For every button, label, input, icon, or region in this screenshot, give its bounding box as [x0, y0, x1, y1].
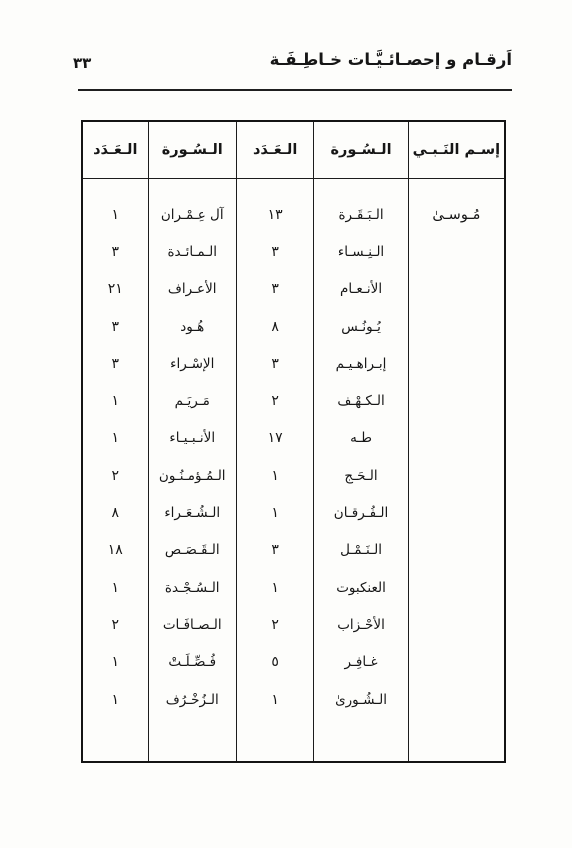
prophet-name: مُـوسـىٰ [409, 196, 504, 233]
column-header-count-group1: الـعَـدَد [237, 122, 313, 179]
surah-name: الـمُـؤمـنُـون [149, 457, 236, 494]
mention-count: ٢ [83, 457, 148, 494]
mention-count: ١ [237, 569, 313, 606]
mention-count: ١ [83, 196, 148, 233]
surah-name: العنكبوت [314, 569, 407, 606]
surah-name: الـصـافَـات [149, 606, 236, 643]
surah-name: الأعـراف [149, 271, 236, 308]
mention-count: ٣ [237, 532, 313, 569]
column-count-group1: الـعَـدَد ١٣٣٣٨٣٢١٧١١٣١٢٥١ [236, 122, 313, 761]
mention-count: ٣ [83, 345, 148, 382]
mention-count: ٣ [237, 233, 313, 270]
surah-name: الـسُـجْـدة [149, 569, 236, 606]
surah-name: الـشُـعَـراء [149, 494, 236, 531]
surah-name: الـكـهْـف [314, 382, 407, 419]
surah-name: الـحَـج [314, 457, 407, 494]
surah-name: الـقَـصَـص [149, 532, 236, 569]
surah-name: هُـود [149, 308, 236, 345]
mention-count: ٣ [83, 308, 148, 345]
surah-name: فُـصِّـلَـتْ [149, 644, 236, 681]
mention-count: ٨ [237, 308, 313, 345]
mention-count: ٢١ [83, 271, 148, 308]
prophet-name-cell: مُـوسـىٰ [409, 179, 504, 761]
mention-count: ٣ [237, 271, 313, 308]
surah-list-group2: آل عِـمْـرانالـمـائـدةالأعـرافهُـودالإسْ… [149, 179, 236, 761]
mention-count: ١٨ [83, 532, 148, 569]
surah-name: الـنِـسـاء [314, 233, 407, 270]
column-header-prophet-name: إسـم النَـبـي [409, 122, 504, 179]
surah-name: الأنـعـام [314, 271, 407, 308]
mention-count: ١ [83, 681, 148, 718]
mention-count: ١ [237, 681, 313, 718]
mention-count: ٣ [83, 233, 148, 270]
surah-name: الأحْـزاب [314, 606, 407, 643]
mention-count: ١ [237, 494, 313, 531]
column-header-surah-group1: الـسُـورة [314, 122, 407, 179]
count-list-group2: ١٣٢١٣٣١١٢٨١٨١٢١١ [83, 179, 148, 761]
mention-count: ٣ [237, 345, 313, 382]
surah-name: الـنَـمْـل [314, 532, 407, 569]
mention-count: ٢ [237, 382, 313, 419]
mention-count: ١ [83, 569, 148, 606]
mention-count: ١ [237, 457, 313, 494]
page-title: اَرقـام و إحصـائـيَّـات خـاطِـفَـة [270, 50, 512, 69]
mention-count: ١٧ [237, 420, 313, 457]
surah-name: الإسْـراء [149, 345, 236, 382]
mention-count: ١ [83, 644, 148, 681]
surah-name: طـه [314, 420, 407, 457]
mention-count: ٥ [237, 644, 313, 681]
surah-name: الـفُـرقـان [314, 494, 407, 531]
surah-name: الـزُخْـرُف [149, 681, 236, 718]
surah-name: الـبَـقَـرة [314, 196, 407, 233]
surah-name: يُـونُـس [314, 308, 407, 345]
mention-count: ٢ [83, 606, 148, 643]
mention-count: ١ [83, 420, 148, 457]
surah-name: مَـريَـم [149, 382, 236, 419]
surah-list-group1: الـبَـقَـرةالـنِـسـاءالأنـعـاميُـونُـسإب… [314, 179, 407, 761]
surah-name: غـافِـر [314, 644, 407, 681]
column-prophet-name: إسـم النَـبـي مُـوسـىٰ [408, 122, 504, 761]
header-rule [78, 89, 512, 91]
count-list-group1: ١٣٣٣٨٣٢١٧١١٣١٢٥١ [237, 179, 313, 761]
surah-name: الـمـائـدة [149, 233, 236, 270]
column-count-group2: الـعَـدَد ١٣٢١٣٣١١٢٨١٨١٢١١ [83, 122, 148, 761]
column-surah-group1: الـسُـورة الـبَـقَـرةالـنِـسـاءالأنـعـام… [313, 122, 407, 761]
surah-name: إبـراهـيـم [314, 345, 407, 382]
surah-name: الأنـبـيـاء [149, 420, 236, 457]
mention-count: ٢ [237, 606, 313, 643]
mention-count: ٨ [83, 494, 148, 531]
column-header-surah-group2: الـسُـورة [149, 122, 236, 179]
surah-name: الـشُـورىٰ [314, 681, 407, 718]
surah-name: آل عِـمْـران [149, 196, 236, 233]
column-surah-group2: الـسُـورة آل عِـمْـرانالـمـائـدةالأعـراف… [148, 122, 236, 761]
column-header-count-group2: الـعَـدَد [83, 122, 148, 179]
mention-count: ١ [83, 382, 148, 419]
prophet-mentions-table: إسـم النَـبـي مُـوسـىٰ الـسُـورة الـبَـق… [81, 120, 506, 763]
page-number: ٣٣ [73, 54, 91, 72]
mention-count: ١٣ [237, 196, 313, 233]
